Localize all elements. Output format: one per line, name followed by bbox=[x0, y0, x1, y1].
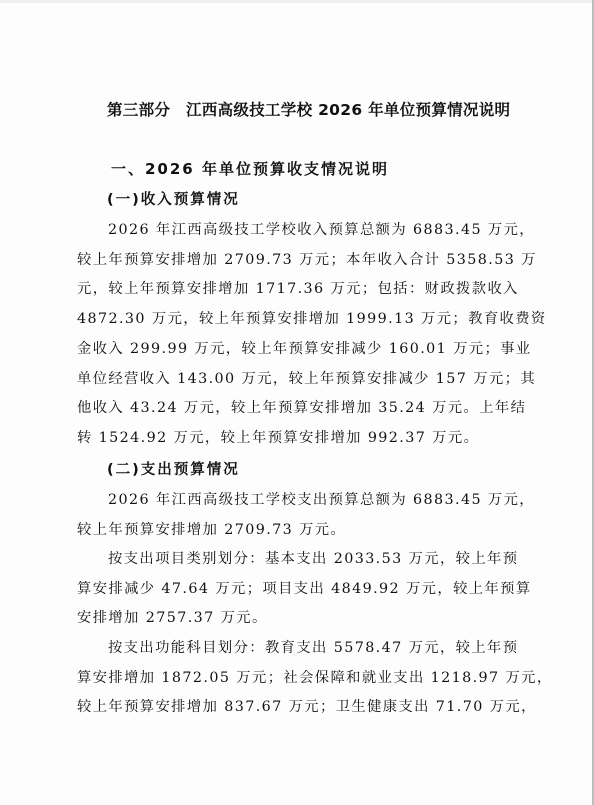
page-title: 第三部分 江西高级技工学校 2026 年单位预算情况说明 bbox=[107, 98, 527, 120]
text-line: 较上年预算安排增加 2709.73 万元。 bbox=[77, 516, 517, 546]
page-top-edge bbox=[0, 0, 594, 3]
text-line: 元，较上年预算安排增加 1717.36 万元；包括：财政拨款收入 bbox=[77, 275, 517, 305]
subsection-heading-expenditure: (二)支出预算情况 bbox=[107, 458, 240, 479]
text-line: 算安排减少 47.64 万元；项目支出 4849.92 万元，较上年预算 bbox=[77, 575, 517, 605]
text-line: 2026 年江西高级技工学校支出预算总额为 6883.45 万元， bbox=[77, 486, 517, 516]
text-line: 转 1524.92 万元，较上年预算安排增加 992.37 万元。 bbox=[77, 424, 517, 454]
expenditure-by-category-paragraph: 按支出项目类别划分：基本支出 2033.53 万元，较上年预 算安排减少 47.… bbox=[77, 545, 517, 634]
text-line: 算安排增加 1872.05 万元；社会保障和就业支出 1218.97 万元， bbox=[77, 664, 517, 694]
text-line: 安排增加 2757.37 万元。 bbox=[77, 604, 517, 634]
text-line: 较上年预算安排增加 2709.73 万元；本年收入合计 5358.53 万 bbox=[77, 246, 517, 276]
text-line: 金收入 299.99 万元，较上年预算安排减少 160.01 万元；事业 bbox=[77, 335, 517, 365]
text-line: 2026 年江西高级技工学校收入预算总额为 6883.45 万元， bbox=[77, 216, 517, 246]
text-line: 4872.30 万元，较上年预算安排增加 1999.13 万元；教育收费资 bbox=[77, 305, 517, 335]
text-line: 较上年预算安排增加 837.67 万元；卫生健康支出 71.70 万元， bbox=[77, 693, 517, 723]
text-line: 按支出功能科目划分：教育支出 5578.47 万元，较上年预 bbox=[77, 634, 517, 664]
text-line: 他收入 43.24 万元，较上年预算安排增加 35.24 万元。上年结 bbox=[77, 394, 517, 424]
subsection-heading-income: (一)收入预算情况 bbox=[107, 188, 240, 209]
expenditure-by-function-paragraph: 按支出功能科目划分：教育支出 5578.47 万元，较上年预 算安排增加 187… bbox=[77, 634, 517, 723]
text-line: 单位经营收入 143.00 万元，较上年预算安排减少 157 万元；其 bbox=[77, 365, 517, 395]
section-heading-budget-overview: 一、2026 年单位预算收支情况说明 bbox=[111, 158, 389, 179]
expenditure-total-paragraph: 2026 年江西高级技工学校支出预算总额为 6883.45 万元， 较上年预算安… bbox=[77, 486, 517, 545]
income-paragraph: 2026 年江西高级技工学校收入预算总额为 6883.45 万元， 较上年预算安… bbox=[77, 216, 517, 454]
text-line: 按支出项目类别划分：基本支出 2033.53 万元，较上年预 bbox=[77, 545, 517, 575]
